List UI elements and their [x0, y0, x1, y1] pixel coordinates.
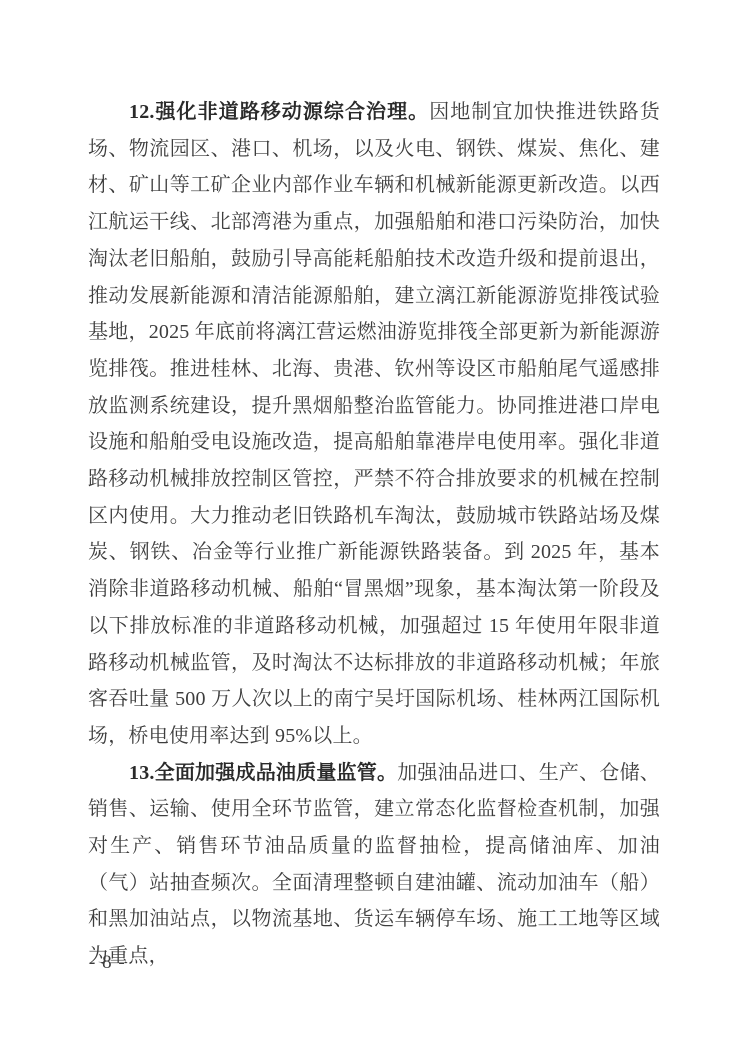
paragraph-13: 13.全面加强成品油质量监管。加强油品进口、生产、仓储、销售、运输、使用全环节监…: [88, 755, 660, 975]
paragraph-13-text: 加强油品进口、生产、仓储、销售、运输、使用全环节监管，建立常态化监督检查机制，加…: [88, 762, 660, 968]
paragraph-12-text: 因地制宜加快推进铁路货场、物流园区、港口、机场，以及火电、钢铁、煤炭、焦化、建材…: [88, 101, 660, 747]
page-number: - 8 -: [89, 948, 126, 978]
document-body: 12.强化非道路移动源综合治理。因地制宜加快推进铁路货场、物流园区、港口、机场，…: [88, 94, 660, 975]
document-page: 12.强化非道路移动源综合治理。因地制宜加快推进铁路货场、物流园区、港口、机场，…: [0, 0, 744, 1052]
paragraph-13-heading: 13.全面加强成品油质量监管。: [129, 762, 397, 784]
paragraph-12-heading: 12.强化非道路移动源综合治理。: [129, 101, 429, 123]
paragraph-12: 12.强化非道路移动源综合治理。因地制宜加快推进铁路货场、物流园区、港口、机场，…: [88, 94, 660, 755]
